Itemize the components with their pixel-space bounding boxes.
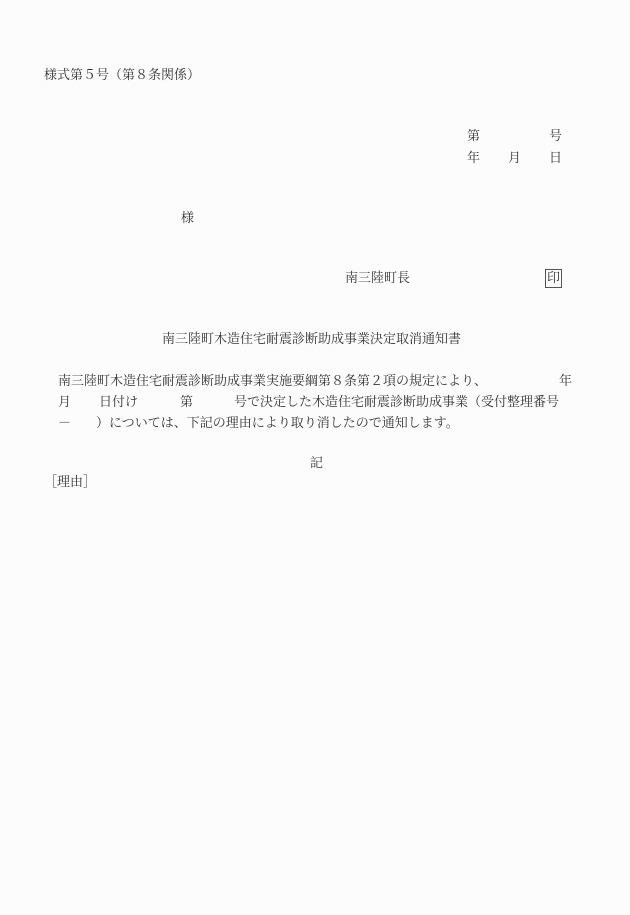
doc-number-suffix: 号 (549, 130, 562, 143)
body-line-2-rest: 号で決定した木造住宅耐震診断助成事業（受付整理番号 (234, 396, 559, 409)
document-title: 南三陸町木造住宅耐震診断助成事業決定取消通知書 (162, 333, 461, 346)
addressee-honorific: 様 (181, 212, 194, 225)
form-number: 様式第５号（第８条関係） (44, 69, 200, 82)
reason-label: ［理由］ (44, 476, 96, 489)
body-dash: － (58, 417, 71, 430)
body-year: 年 (559, 375, 572, 388)
date-month: 月 (508, 152, 521, 165)
date-year: 年 (467, 152, 480, 165)
doc-number-prefix: 第 (467, 130, 480, 143)
date-day: 日 (549, 152, 562, 165)
body-month: 月 (58, 396, 71, 409)
body-line-3-rest: ）については、下記の理由により取り消したので通知します。 (96, 417, 459, 430)
body-line-1: 南三陸町木造住宅耐震診断助成事業実施要綱第８条第２項の規定により、 (58, 375, 487, 388)
body-number-prefix: 第 (180, 396, 193, 409)
body-day-dated: 日付け (99, 396, 138, 409)
issuer-name: 南三陸町長 (345, 272, 410, 285)
ki-heading: 記 (310, 457, 323, 470)
seal-stamp-icon: 印 (545, 269, 562, 288)
